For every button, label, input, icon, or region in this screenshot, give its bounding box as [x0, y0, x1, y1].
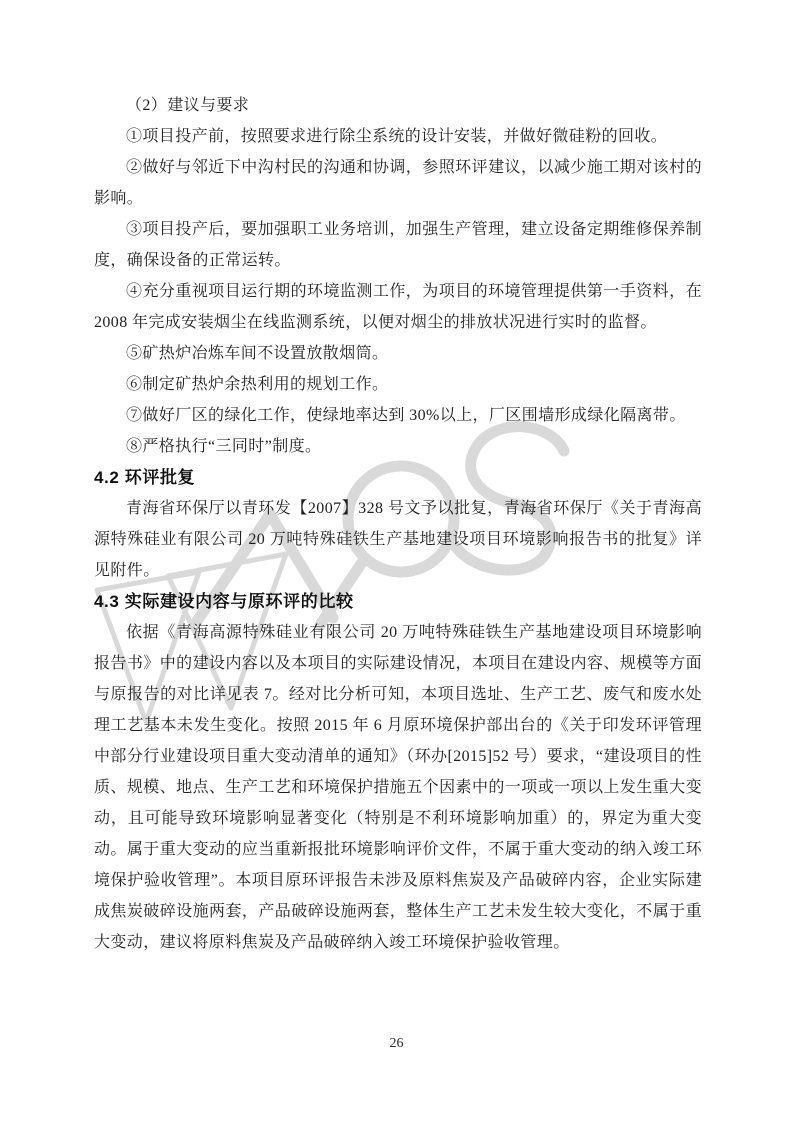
document-body: （2）建议与要求 ①项目投产前，按照要求进行除尘系统的设计安装，并做好微硅粉的回…	[94, 90, 702, 958]
paragraph-comparison: 依据《青海高源特殊硅业有限公司 20 万吨特殊硅铁生产基地建设项目环境影响报告书…	[94, 617, 702, 958]
document-page: （2）建议与要求 ①项目投产前，按照要求进行除尘系统的设计安装，并做好微硅粉的回…	[0, 0, 793, 1122]
page-number: 26	[390, 1036, 404, 1051]
paragraph-item-4: ④充分重视项目运行期的环境监测工作，为项目的环境管理提供第一手资料，在 2008…	[94, 276, 702, 338]
paragraph-item-5: ⑤矿热炉冶炼车间不设置放散烟筒。	[94, 338, 702, 369]
section-heading-4-3: 4.3 实际建设内容与原环评的比较	[94, 586, 702, 617]
paragraph-item-8: ⑧严格执行“三同时”制度。	[94, 431, 702, 462]
paragraph-item-6: ⑥制定矿热炉余热利用的规划工作。	[94, 369, 702, 400]
paragraph-item-2: ②做好与邻近下中沟村民的沟通和协调，参照环评建议，以减少施工期对该村的影响。	[94, 152, 702, 214]
paragraph-item-7: ⑦做好厂区的绿化工作，使绿地率达到 30%以上，厂区围墙形成绿化隔离带。	[94, 400, 702, 431]
paragraph-item-1: ①项目投产前，按照要求进行除尘系统的设计安装，并做好微硅粉的回收。	[94, 121, 702, 152]
section-heading-4-2: 4.2 环评批复	[94, 462, 702, 493]
paragraph-approval: 青海省环保厅以青环发【2007】328 号文予以批复，青海省环保厅《关于青海高源…	[94, 493, 702, 586]
page-footer: 26	[0, 1034, 793, 1052]
paragraph-item-3: ③项目投产后，要加强职工业务培训，加强生产管理，建立设备定期维修保养制度，确保设…	[94, 214, 702, 276]
paragraph-suggestions-title: （2）建议与要求	[94, 90, 702, 121]
